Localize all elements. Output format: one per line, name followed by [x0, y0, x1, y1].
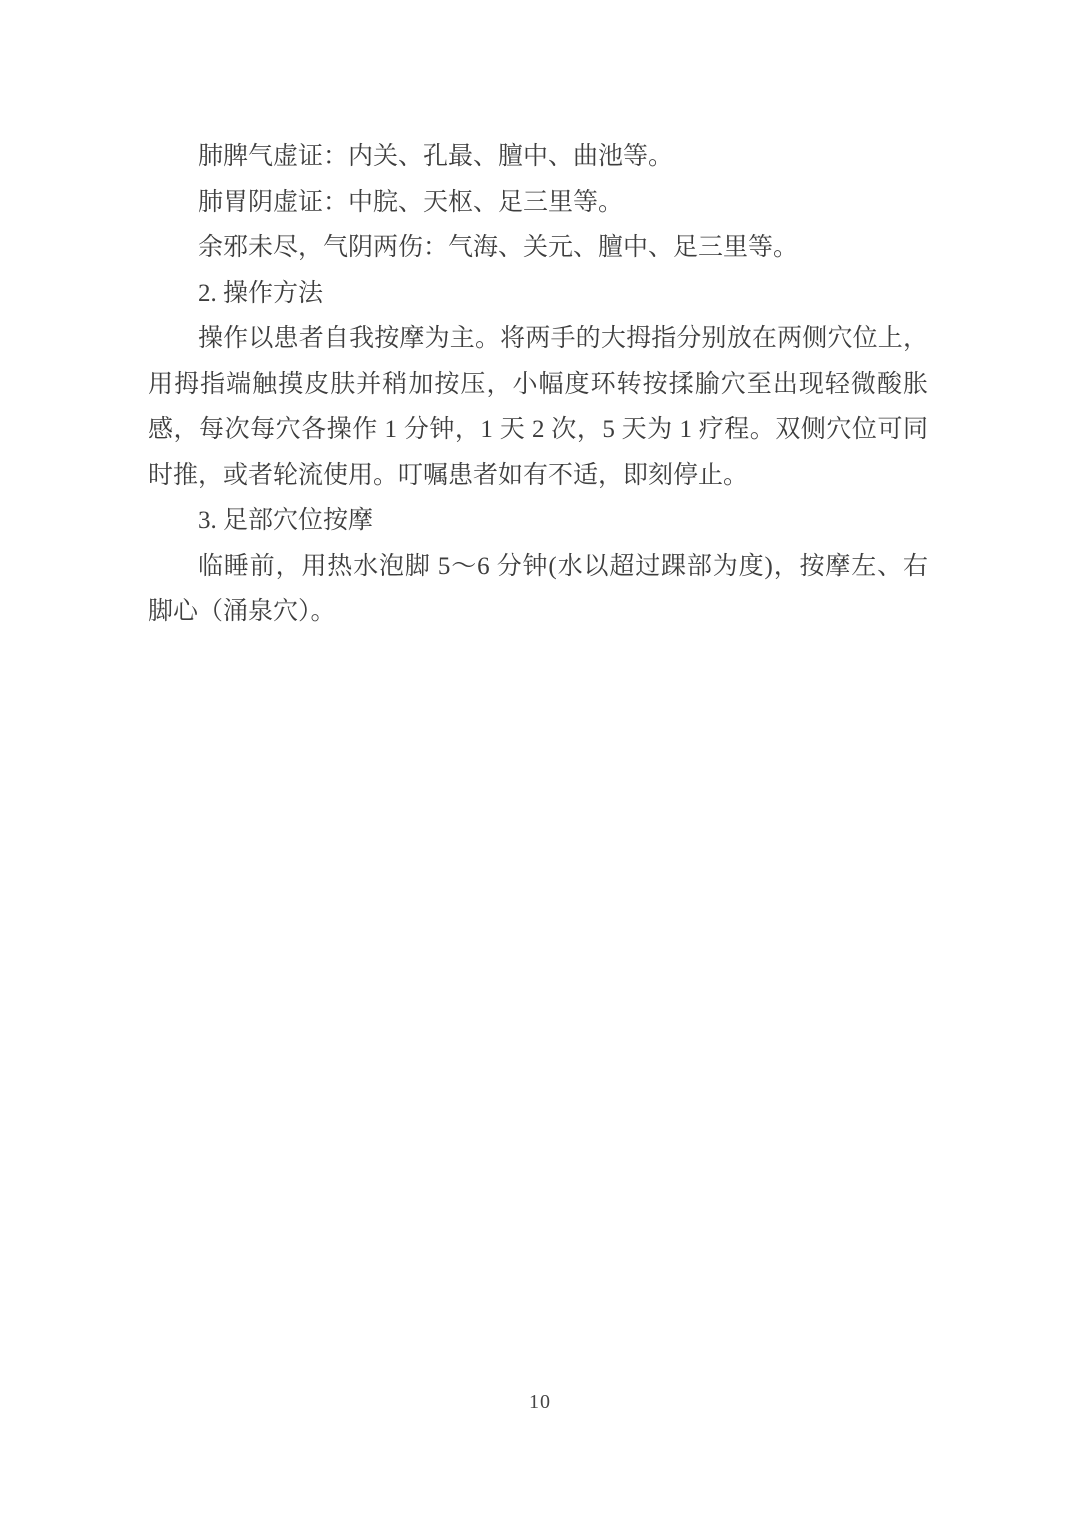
page-number: 10: [0, 1390, 1080, 1414]
document-page: { "colors": { "background": "#ffffff", "…: [0, 0, 1080, 1527]
section-heading-operation-method: 2. 操作方法: [148, 271, 928, 317]
operation-paragraph-line-1: 操作以患者自我按摩为主。将两手的大拇指分别放在两侧穴位上，: [148, 316, 928, 362]
foot-massage-paragraph-line-2: 脚心（涌泉穴）。: [148, 589, 928, 635]
operation-paragraph-line-4: 时推，或者轮流使用。叮嘱患者如有不适，即刻停止。: [148, 453, 928, 499]
operation-paragraph-line-3: 感，每次每穴各操作 1 分钟，1 天 2 次，5 天为 1 疗程。双侧穴位可同: [148, 407, 928, 453]
pattern-line-lung-stomach-yin-deficiency: 肺胃阴虚证：中脘、天枢、足三里等。: [148, 180, 928, 226]
operation-paragraph-line-2: 用拇指端触摸皮肤并稍加按压，小幅度环转按揉腧穴至出现轻微酸胀: [148, 362, 928, 408]
foot-massage-paragraph-line-1: 临睡前，用热水泡脚 5～6 分钟(水以超过踝部为度)，按摩左、右: [148, 544, 928, 590]
section-heading-foot-massage: 3. 足部穴位按摩: [148, 498, 928, 544]
page-body-text: 肺脾气虚证：内关、孔最、膻中、曲池等。 肺胃阴虚证：中脘、天枢、足三里等。 余邪…: [148, 134, 928, 635]
pattern-line-lung-spleen-qi-deficiency: 肺脾气虚证：内关、孔最、膻中、曲池等。: [148, 134, 928, 180]
pattern-line-residual-pathogen: 余邪未尽，气阴两伤：气海、关元、膻中、足三里等。: [148, 225, 928, 271]
